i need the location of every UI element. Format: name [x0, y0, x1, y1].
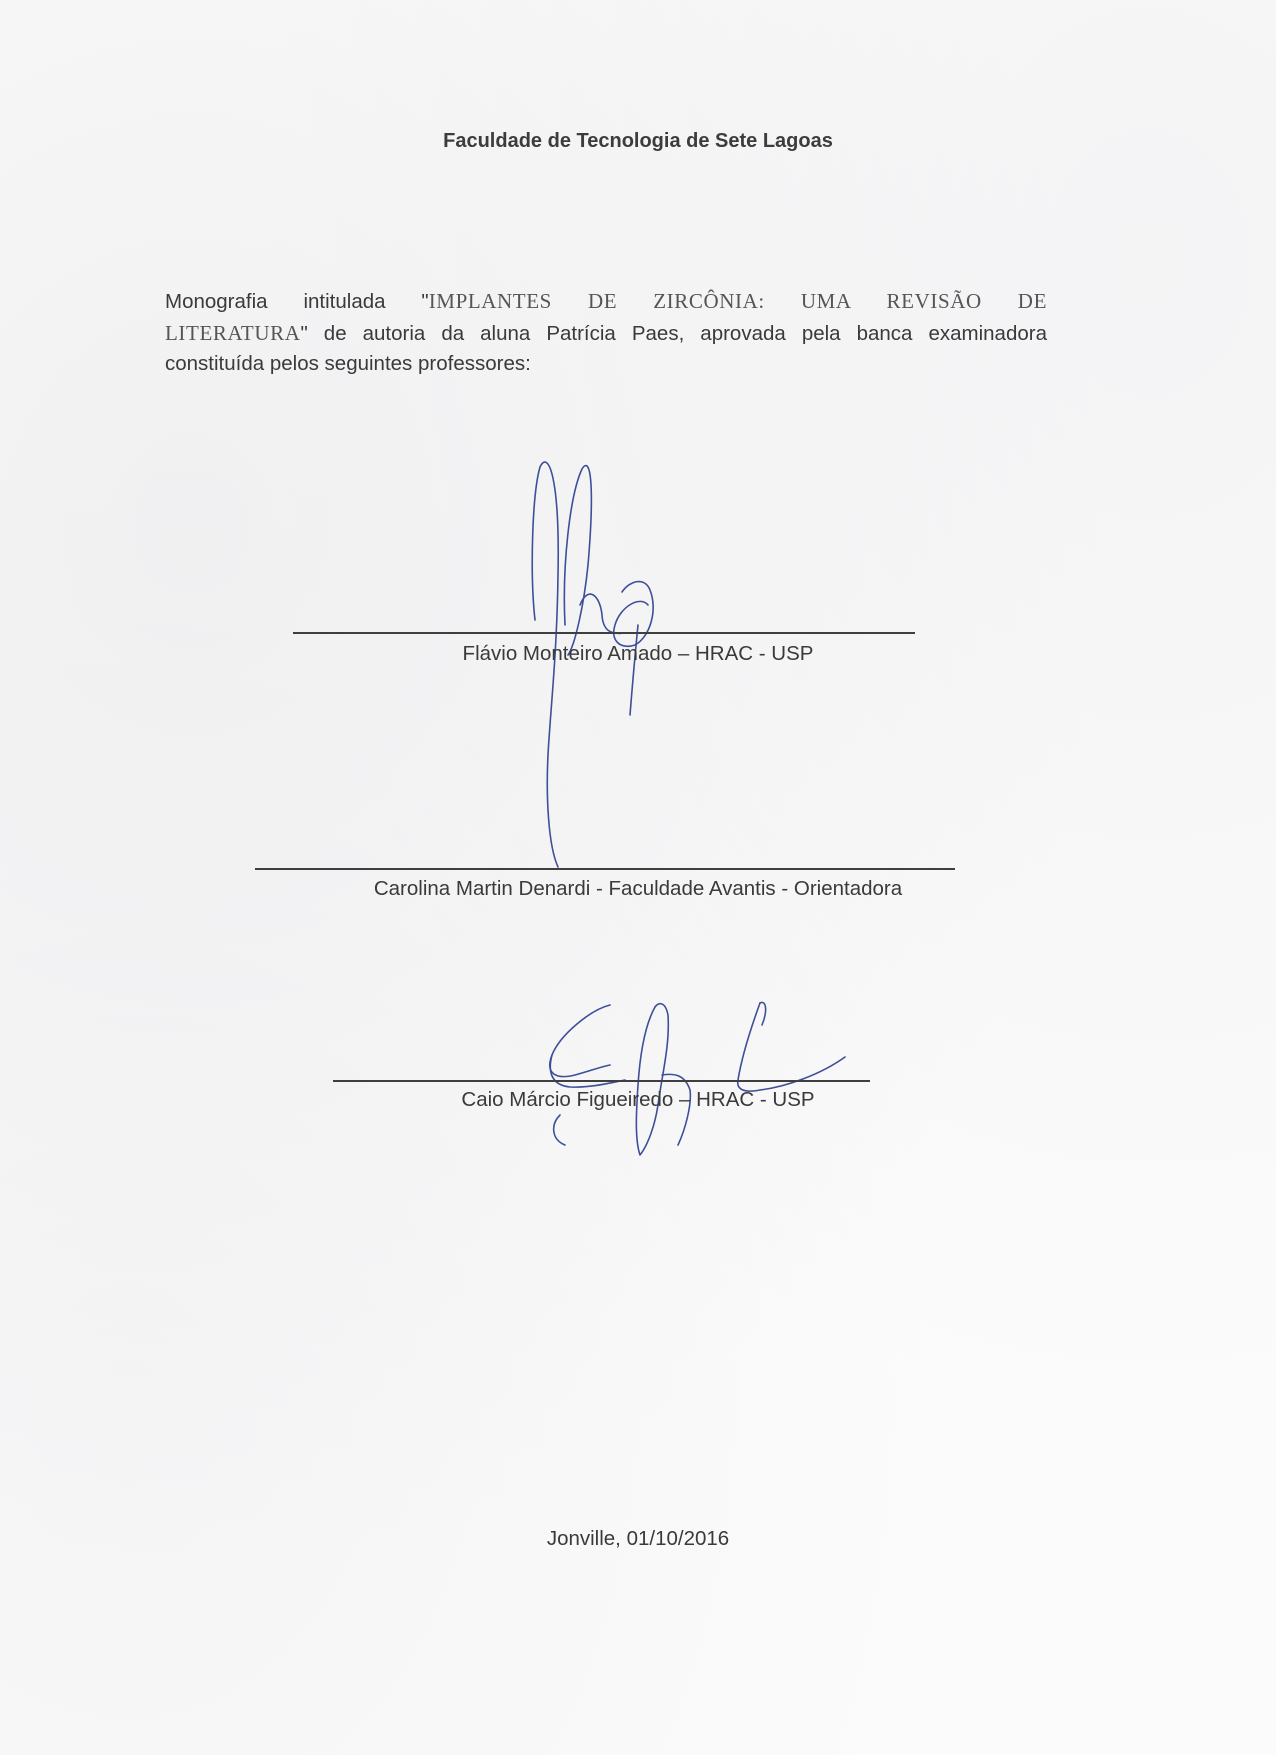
institution-header: Faculdade de Tecnologia de Sete Lagoas: [0, 130, 1276, 153]
signature-line-1: [293, 632, 915, 634]
approval-statement: Monografia intitulada "IMPLANTES DE ZIRC…: [165, 286, 1047, 380]
place-and-date: Jonville, 01/10/2016: [0, 1527, 1276, 1551]
signature-line-2: [255, 868, 955, 870]
examiner-name-2: Carolina Martin Denardi - Faculdade Avan…: [0, 877, 1276, 901]
signature-line-3: [333, 1080, 870, 1082]
intro-prefix: Monografia intitulada ": [165, 290, 429, 313]
monograph-title-part-1: IMPLANTES DE ZIRCÔNIA: UMA REVISÃO DE: [429, 289, 1047, 313]
examiner-name-3: Caio Márcio Figueiredo – HRAC - USP: [0, 1088, 1276, 1112]
examiner-name-1: Flávio Monteiro Amado – HRAC - USP: [0, 642, 1276, 666]
approval-statement-rest: LITERATURA" de autoria da aluna Patrícia…: [165, 318, 1047, 380]
monograph-title-part-2: LITERATURA: [165, 321, 301, 345]
approval-statement-line-1: Monografia intitulada "IMPLANTES DE ZIRC…: [165, 286, 1047, 318]
